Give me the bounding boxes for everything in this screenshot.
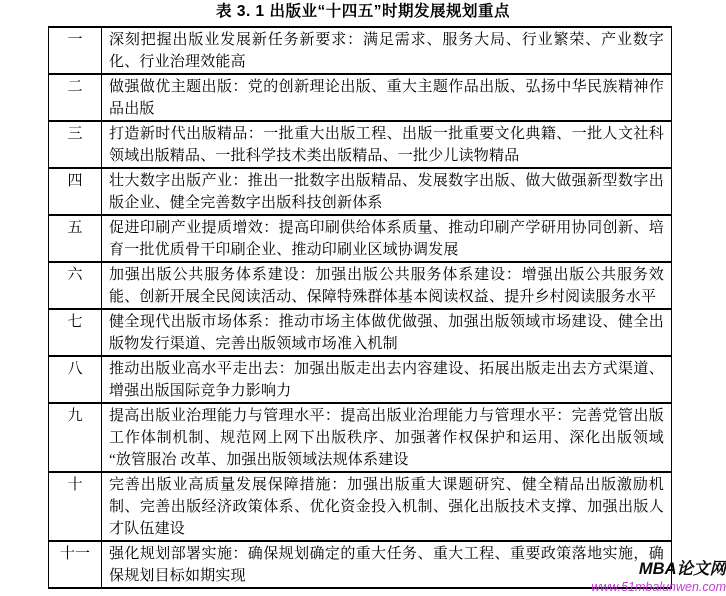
table-row: 九 提高出版业治理能力与管理水平：提高出版业治理能力与管理水平：完善党管出版工作… — [49, 404, 671, 473]
table-row: 十 完善出版业高质量发展保障措施：加强出版重大课题研究、健全精品出版激励机制、完… — [49, 473, 671, 542]
row-number-cell: 四 — [49, 169, 102, 214]
row-number-cell: 十 — [49, 473, 102, 540]
row-number-cell: 六 — [49, 263, 102, 308]
row-content-cell: 促进印刷产业提质增效：提高印刷供给体系质量、推动印刷产学研用协同创新、培育一批优… — [102, 216, 671, 261]
row-content-cell: 强化规划部署实施：确保规划确定的重大任务、重大工程、重要政策落地实施，确保规划目… — [102, 542, 671, 587]
row-content-cell: 健全现代出版市场体系：推动市场主体做优做强、加强出版领域市场建设、健全出版物发行… — [102, 310, 671, 355]
row-content-cell: 加强出版公共服务体系建设：加强出版公共服务体系建设：增强出版公共服务效能、创新开… — [102, 263, 671, 308]
watermark-site-name: MBA论文网 — [639, 559, 726, 579]
table-row: 六 加强出版公共服务体系建设：加强出版公共服务体系建设：增强出版公共服务效能、创… — [49, 263, 671, 310]
table-row: 三 打造新时代出版精品：一批重大出版工程、出版一批重要文化典籍、一批人文社科领域… — [49, 122, 671, 169]
row-content-cell: 做强做优主题出版：党的创新理论出版、重大主题作品出版、弘扬中华民族精神作品出版 — [102, 75, 671, 120]
table-row: 十一 强化规划部署实施：确保规划确定的重大任务、重大工程、重要政策落地实施，确保… — [49, 542, 671, 589]
document-page: 表 3. 1 出版业“十四五”时期发展规划重点 一 深刻把握出版业发展新任务新要… — [0, 0, 726, 596]
row-number-cell: 八 — [49, 357, 102, 402]
row-content-cell: 推动出版业高水平走出去：加强出版走出去内容建设、拓展出版走出去方式渠道、增强出版… — [102, 357, 671, 402]
row-content-cell: 完善出版业高质量发展保障措施：加强出版重大课题研究、健全精品出版激励机制、完善出… — [102, 473, 671, 540]
row-number-cell: 三 — [49, 122, 102, 167]
row-number-cell: 九 — [49, 404, 102, 471]
row-number-cell: 七 — [49, 310, 102, 355]
table-row: 四 壮大数字出版产业：推出一批数字出版精品、发展数字出版、做大做强新型数字出版企… — [49, 169, 671, 216]
table-row: 五 促进印刷产业提质增效：提高印刷供给体系质量、推动印刷产学研用协同创新、培育一… — [49, 216, 671, 263]
row-number-cell: 一 — [49, 28, 102, 73]
table-row: 八 推动出版业高水平走出去：加强出版走出去内容建设、拓展出版走出去方式渠道、增强… — [49, 357, 671, 404]
row-content-cell: 深刻把握出版业发展新任务新要求：满足需求、服务大局、行业繁荣、产业数字化、行业治… — [102, 28, 671, 73]
row-content-cell: 提高出版业治理能力与管理水平：提高出版业治理能力与管理水平：完善党管出版工作体制… — [102, 404, 671, 471]
row-number-cell: 二 — [49, 75, 102, 120]
watermark-site-url: www.51mbalunwen.com — [591, 580, 726, 595]
plan-table: 一 深刻把握出版业发展新任务新要求：满足需求、服务大局、行业繁荣、产业数字化、行… — [48, 26, 672, 589]
row-content-cell: 打造新时代出版精品：一批重大出版工程、出版一批重要文化典籍、一批人文社科领域出版… — [102, 122, 671, 167]
row-content-cell: 壮大数字出版产业：推出一批数字出版精品、发展数字出版、做大做强新型数字出版企业、… — [102, 169, 671, 214]
table-row: 七 健全现代出版市场体系：推动市场主体做优做强、加强出版领域市场建设、健全出版物… — [49, 310, 671, 357]
table-row: 一 深刻把握出版业发展新任务新要求：满足需求、服务大局、行业繁荣、产业数字化、行… — [49, 28, 671, 75]
table-title: 表 3. 1 出版业“十四五”时期发展规划重点 — [0, 1, 726, 23]
row-number-cell: 五 — [49, 216, 102, 261]
row-number-cell: 十一 — [49, 542, 102, 587]
table-row: 二 做强做优主题出版：党的创新理论出版、重大主题作品出版、弘扬中华民族精神作品出… — [49, 75, 671, 122]
